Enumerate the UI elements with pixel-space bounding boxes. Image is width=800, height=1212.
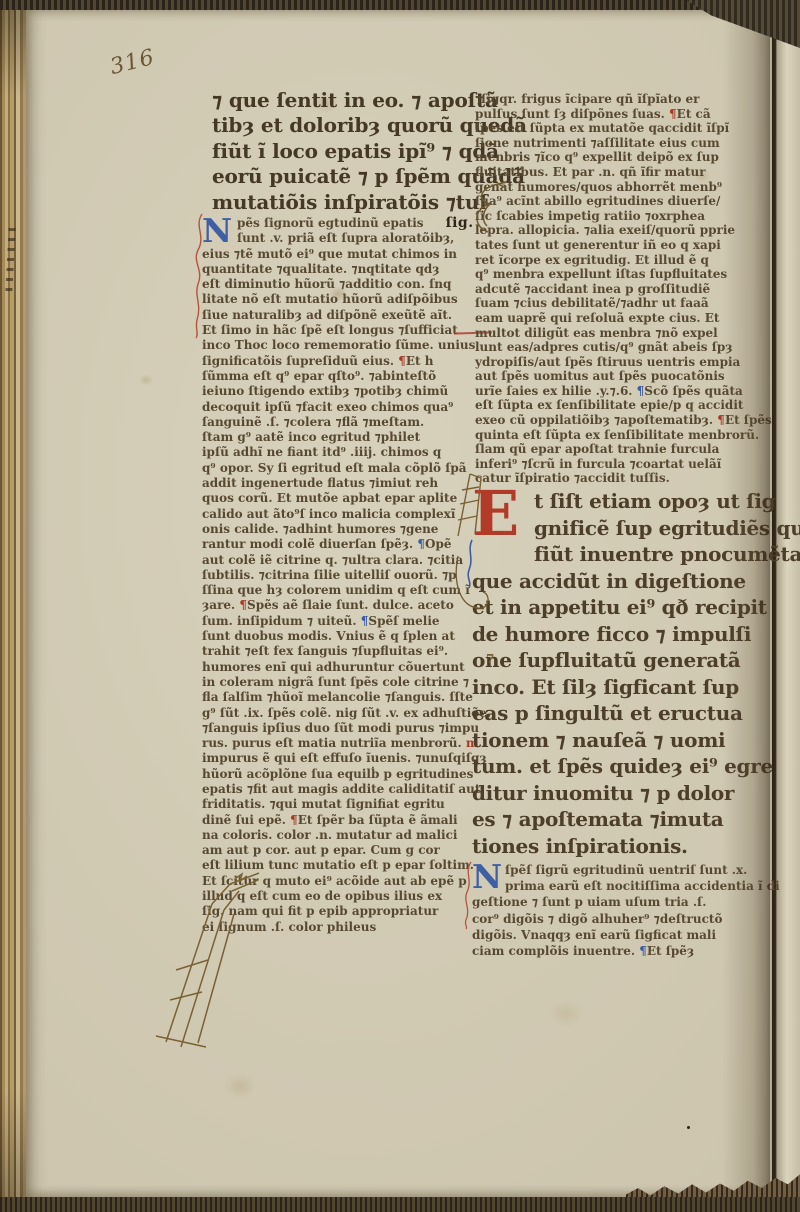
page-fold-shadow: [722, 8, 770, 1192]
text-line: na coloris. color .n. mutatur ad malici: [202, 828, 518, 843]
text-line: ſũmma eſt q⁹ epar qſto⁹. ⁊abinteſtõ: [202, 369, 518, 384]
initial-n2-flourish: [460, 860, 476, 930]
text-line: ieiuno ſtigendo extibȝ ⁊potibȝ chimũ: [202, 384, 518, 399]
text-line: impurus ẽ qui eſt effuſo ĩuenis. ⁊unuſqi…: [202, 751, 518, 766]
text-line: in coleram nigrã ſunt ſpẽs cole citrine …: [202, 675, 518, 690]
binding-top-band: [0, 0, 800, 10]
text-line: fla ſalſim ⁊hũoĩ melancolie ⁊ſanguis. ſſ…: [202, 690, 518, 705]
initial-n-flourish: [190, 210, 208, 340]
text-line: ipſũ adhĩ ne fiant itd⁹ .iiij. chimos q: [202, 445, 518, 460]
manicule-sketch: [146, 850, 270, 1050]
page-number: 316: [108, 45, 158, 80]
text-line: ſtam g⁹ aatẽ inco egritud ⁊philet: [202, 430, 518, 445]
text-line: ſiue naturalibȝ ad diſpõnẽ exeũtẽ aĩt.: [202, 308, 518, 323]
text-line: inco Thoc loco rememoratio ſũme. unius: [202, 338, 518, 353]
manuscript-page: 316 ⁊ que ſentit in eo. ⁊ apoſtãtibȝ et …: [26, 8, 772, 1198]
text-line: ſignificatõis ſupreſiduũ eius. ¶Et h: [202, 354, 518, 369]
text-line: dinẽ ſui epẽ. ¶Et ſpẽr ba ſũpta ẽ ãmali: [202, 813, 518, 828]
manuscript-photo: 316 ⁊ que ſentit in eo. ⁊ apoſtãtibȝ et …: [0, 0, 800, 1212]
text-line: eius ⁊tẽ mutõ ei⁹ que mutat chimos in: [202, 247, 518, 262]
text-line: eſt diminutio hũorũ ⁊additio con. ſnq: [202, 277, 518, 292]
gutter-hand-sketch: [466, 180, 510, 242]
gutter-seven-mark: 7: [486, 652, 494, 666]
gutter-curve-sketch: [450, 552, 492, 616]
text-line: hũorũ acõplõne ſua equilḃ p egritudines: [202, 767, 518, 782]
binding-bottom-band: [0, 1197, 800, 1212]
text-line: friditatis. ⁊qui mutat ſignifiat egritu: [202, 797, 518, 812]
text-line: humores enĩ qui adhuruntur cõuertunt: [202, 660, 518, 675]
ink-dot: [687, 1126, 690, 1129]
text-line: ⁊ſanguis ipſius duo ſũt modi purus ⁊impu: [202, 721, 518, 736]
gutter-hatch-sketch: [450, 468, 486, 540]
text-line: ſum. inſipidum ⁊ uiteũ. ¶Spẽſ melie: [202, 614, 518, 629]
text-line: g⁹ ſũt .ix. ſpẽs colẽ. nig ſũt .v. ex ad…: [202, 706, 518, 721]
text-line: quantitate ⁊qualitate. ⁊nqtitate qdȝ: [202, 262, 518, 277]
text-line: ſanguinẽ .ſ. ⁊colera ⁊flã ⁊meſtam.: [202, 415, 518, 430]
text-line: ſunt duobus modis. Vnius ẽ q ſplen at: [202, 629, 518, 644]
text-line: trahit ⁊eſt fex ſanguis ⁊ſupfluitas ei⁹.: [202, 644, 518, 659]
text-line: Et ſimo in hãc ſpẽ eſt longus ⁊ſufficiat: [202, 323, 518, 338]
illuminated-initial-n2: N: [472, 862, 502, 894]
text-line: rus. purus eſt matia nutriĩa menbrorũ. m: [202, 736, 518, 751]
text-line: epatis ⁊fit aut magis addite caliditatiſ…: [202, 782, 518, 797]
text-line: litate nõ eſt mutatio hũorũ adiſpõibus: [202, 292, 518, 307]
text-line: decoquit ipſũ ⁊facit exeo chimos qua⁹: [202, 400, 518, 415]
